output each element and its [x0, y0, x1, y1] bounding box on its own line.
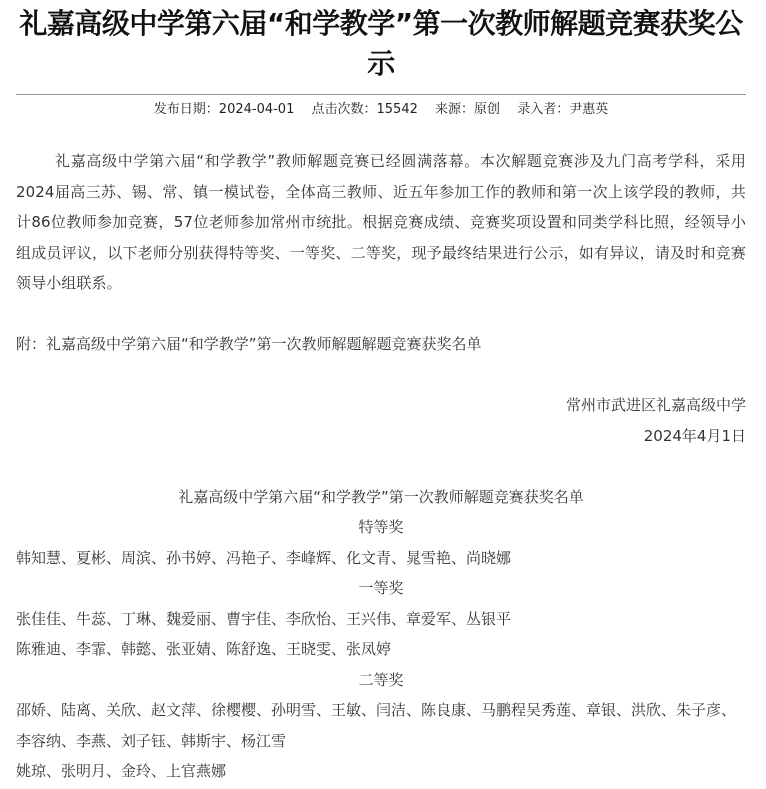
page-title: 礼嘉高级中学第六届“和学教学”第一次教师解题竞赛获奖公示 [16, 0, 746, 84]
intro-paragraph: 礼嘉高级中学第六届“和学教学”教师解题竞赛已经圆满落幕。本次解题竞赛涉及九门高考… [16, 146, 746, 299]
spacer [16, 299, 746, 330]
signature-organization: 常州市武进区礼嘉高级中学 [16, 390, 746, 421]
award-heading-first: 一等奖 [16, 573, 746, 604]
spacer [16, 451, 746, 482]
article-body: 礼嘉高级中学第六届“和学教学”教师解题竞赛已经圆满落幕。本次解题竞赛涉及九门高考… [16, 146, 746, 787]
source-label: 来源： [435, 102, 474, 117]
author: 录入者：尹惠英 [517, 102, 608, 117]
attachment-note: 附：礼嘉高级中学第六届“和学教学”第一次教师解题解题竞赛获奖名单 [16, 329, 746, 360]
signature-date: 2024年4月1日 [16, 421, 746, 452]
award-names-second: 邵娇、陆离、关欣、赵文萍、徐樱樱、孙明雪、王敏、闫洁、陈良康、马鹏程吴秀莲、章银… [16, 695, 746, 756]
award-names-special: 韩知慧、夏彬、周滨、孙书婷、冯艳子、李峰辉、化文青、晁雪艳、尚晓娜 [16, 543, 746, 574]
award-heading-special: 特等奖 [16, 512, 746, 543]
award-names-second: 姚琼、张明月、金玲、上官燕娜 [16, 756, 746, 787]
award-names-first: 陈雅迪、李霏、韩懿、张亚婧、陈舒逸、王晓雯、张凤婷 [16, 634, 746, 665]
title-divider [16, 94, 746, 95]
click-count-value: 15542 [377, 102, 418, 117]
award-heading-second: 二等奖 [16, 665, 746, 696]
publish-date: 发布日期：2024-04-01 [154, 102, 295, 117]
award-list-title: 礼嘉高级中学第六届“和学教学”第一次教师解题竞赛获奖名单 [16, 482, 746, 513]
article: 礼嘉高级中学第六届“和学教学”第一次教师解题竞赛获奖公示 发布日期：2024-0… [16, 0, 746, 84]
award-names-first: 张佳佳、牛蕊、丁琳、魏爱丽、曹宇佳、李欣怡、王兴伟、章爱军、丛银平 [16, 604, 746, 635]
click-count: 点击次数：15542 [312, 102, 418, 117]
click-count-label: 点击次数： [312, 102, 377, 117]
source: 来源：原创 [435, 102, 500, 117]
publish-date-label: 发布日期： [154, 102, 219, 117]
publish-date-value: 2024-04-01 [219, 102, 295, 117]
spacer [16, 360, 746, 391]
source-value: 原创 [474, 102, 500, 117]
author-value: 尹惠英 [569, 102, 608, 117]
article-meta: 发布日期：2024-04-01 点击次数：15542 来源：原创 录入者：尹惠英 [16, 101, 746, 119]
author-label: 录入者： [517, 102, 569, 117]
